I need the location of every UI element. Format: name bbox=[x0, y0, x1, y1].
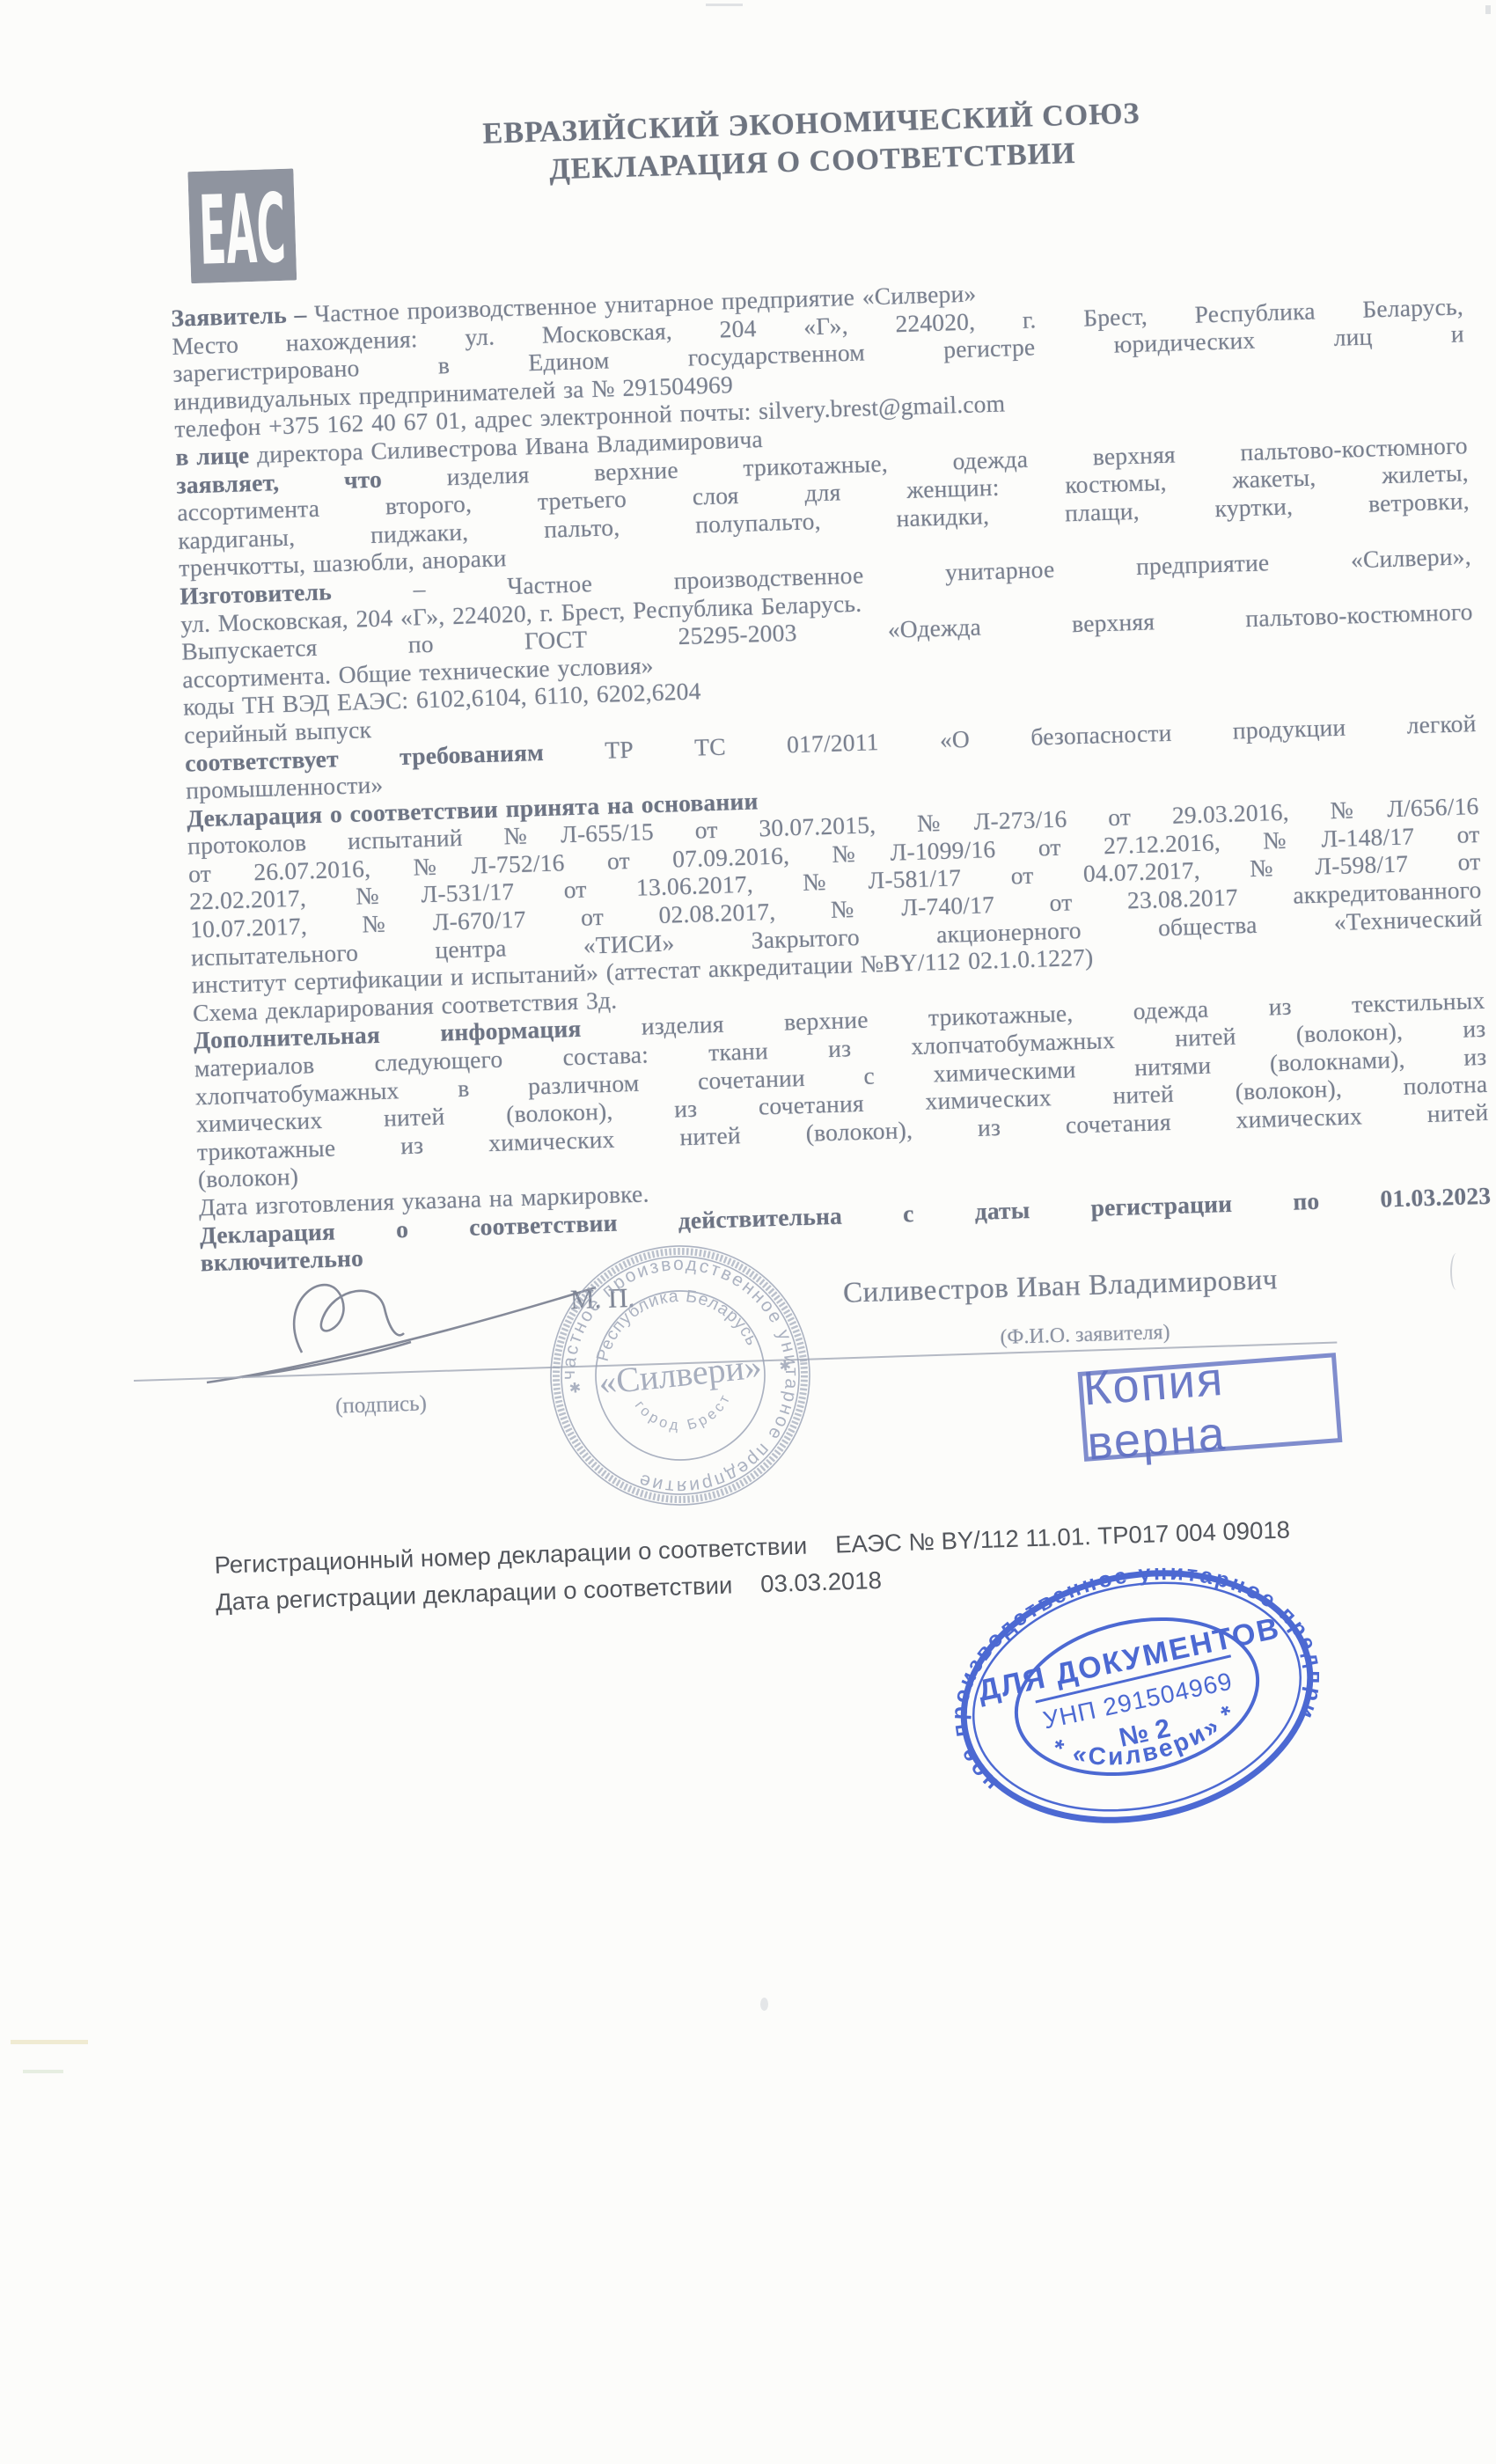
scan-smudge-green bbox=[23, 2070, 63, 2073]
scan-smudge-yellow bbox=[11, 2040, 88, 2044]
round-seal: частное производственное унитарное предп… bbox=[531, 1226, 831, 1526]
scan-speck-top-right bbox=[1485, 5, 1491, 14]
scan-speck-top bbox=[706, 4, 743, 6]
bold-lead: Изготовитель bbox=[180, 577, 333, 609]
document-title: ЕВРАЗИЙСКИЙ ЭКОНОМИЧЕСКИЙ СОЮЗ ДЕКЛАРАЦИ… bbox=[164, 37, 1459, 201]
document-header: ЕАС ЕВРАЗИЙСКИЙ ЭКОНОМИЧЕСКИЙ СОЮЗ ДЕКЛА… bbox=[164, 37, 1462, 304]
declarant-name: Силивестров Иван Владимирович bbox=[843, 1264, 1279, 1309]
seal-star-left: ✱ bbox=[568, 1381, 582, 1397]
copy-correct-text: Копия верна bbox=[1082, 1344, 1338, 1471]
copy-correct-stamp: Копия верна bbox=[1078, 1353, 1343, 1462]
seal-center-text: «Силвери» bbox=[597, 1346, 764, 1402]
bold-lead: Заявитель – bbox=[171, 300, 307, 332]
scan-speck-bottom bbox=[760, 1998, 768, 2011]
eac-logo: ЕАС bbox=[187, 168, 297, 283]
eac-logo-letters: ЕАС bbox=[198, 174, 288, 283]
scanned-declaration-page: ЕАС ЕВРАЗИЙСКИЙ ЭКОНОМИЧЕСКИЙ СОЮЗ ДЕКЛА… bbox=[0, 0, 1496, 2464]
registration-date-value: 03.03.2018 bbox=[760, 1566, 883, 1598]
bold-lead: в лице bbox=[175, 441, 250, 471]
line-text: (волокон) bbox=[197, 1162, 298, 1193]
document-body: Заявитель – Частное производственное уни… bbox=[171, 264, 1492, 1277]
scan-mark-right-edge bbox=[1450, 1253, 1463, 1290]
document-text-block: ЕАС ЕВРАЗИЙСКИЙ ЭКОНОМИЧЕСКИЙ СОЮЗ ДЕКЛА… bbox=[164, 37, 1492, 1277]
signature-caption: (подпись) bbox=[297, 1390, 466, 1420]
seal-star-right: ✱ bbox=[779, 1359, 792, 1375]
